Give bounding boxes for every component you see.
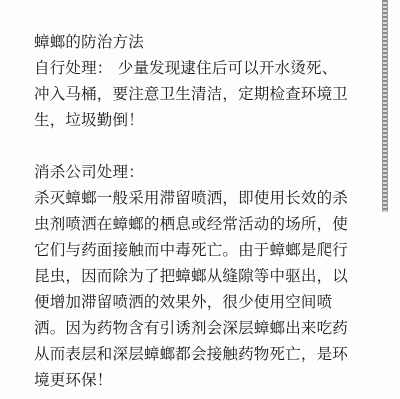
self-handling-line-3: 生，垃圾勤倒！ [34,107,370,133]
company-handling-heading: 消杀公司处理： [34,159,370,185]
document-page: 蟑螂的防治方法 自行处理： 少量发现逮住后可以开水烫死、 冲入马桶，要注意卫生清… [0,0,400,399]
company-handling-line-1: 杀灭蟑螂一般采用滞留喷洒，即使用长效的杀 [34,185,370,211]
company-handling-line-7: 从而表层和深层蟑螂都会接触药物死亡，是环 [34,341,370,367]
article-title: 蟑螂的防治方法 [34,29,370,55]
vertical-scrollbar[interactable] [382,0,388,212]
company-handling-line-2: 虫剂喷洒在蟑螂的栖息或经常活动的场所，使 [34,211,370,237]
company-handling-line-8: 境更环保！ [34,367,370,393]
company-handling-line-6: 洒。因为药物含有引诱剂会深层蟑螂出来吃药 [34,315,370,341]
self-handling-line-1: 自行处理： 少量发现逮住后可以开水烫死、 [34,55,370,81]
company-handling-line-3: 它们与药面接触而中毒死亡。由于蟑螂是爬行 [34,237,370,263]
company-handling-line-4: 昆虫，因而除为了把蟑螂从缝隙等中驱出，以 [34,263,370,289]
paragraph-spacer [34,133,370,159]
self-handling-line-2: 冲入马桶，要注意卫生清洁，定期检查环境卫 [34,81,370,107]
article-body: 蟑螂的防治方法 自行处理： 少量发现逮住后可以开水烫死、 冲入马桶，要注意卫生清… [34,29,370,393]
company-handling-line-5: 便增加滞留喷洒的效果外，很少使用空间喷 [34,289,370,315]
